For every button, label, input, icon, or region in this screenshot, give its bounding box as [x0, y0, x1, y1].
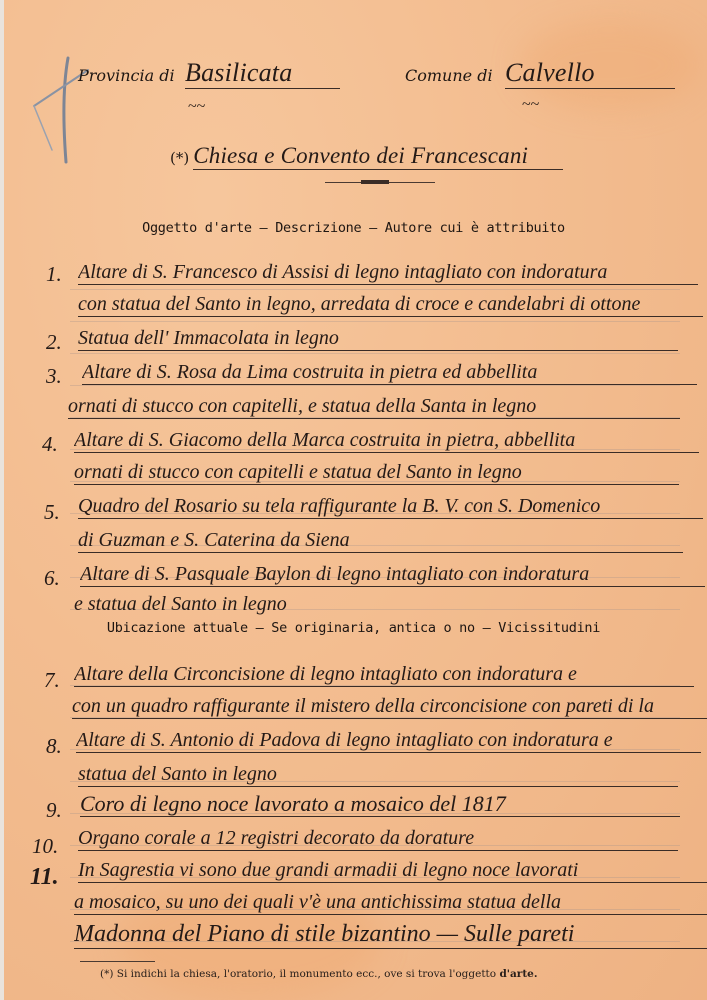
entry-text: Madonna del Piano di stile bizantino — S… [74, 920, 707, 949]
comune-label: Comune di [405, 66, 493, 85]
location-field: (*) Chiesa e Convento dei Francescani [170, 143, 590, 170]
entry-text: Coro di legno noce lavorato a mosaico de… [80, 792, 680, 817]
comune-value: Calvello [505, 58, 675, 89]
entry-text: Altare di S. Rosa da Lima costruita in p… [82, 360, 697, 385]
paper-edge [0, 0, 4, 1000]
entry-text: Statua dell' Immacolata in legno [78, 326, 678, 351]
entry-number: 5. [44, 500, 60, 525]
entry-text: ornati di stucco con capitelli e statua … [74, 460, 679, 485]
entry-text: Altare di S. Giacomo della Marca costrui… [74, 428, 699, 453]
entry-number: 6. [44, 566, 60, 591]
entry-text: Altare di S. Pasquale Baylon di legno in… [80, 562, 705, 587]
provincia-value: Basilicata [185, 58, 340, 89]
entry-number: 1. [46, 262, 62, 287]
entry-text: Altare della Circoncisione di legno inta… [74, 662, 694, 687]
flourish-mark: ~~ [188, 98, 205, 116]
entry-number: 2. [46, 330, 62, 355]
footnote: (*) Si indichi la chiesa, l'oratorio, il… [100, 968, 538, 980]
header-row: Provincia di Basilicata Comune di Calvel… [0, 62, 707, 102]
entry-number: 10. [32, 834, 58, 859]
document-page: Provincia di Basilicata Comune di Calvel… [0, 0, 707, 1000]
location-value: Chiesa e Convento dei Francescani [193, 143, 563, 170]
entry-text: ornati di stucco con capitelli, e statua… [68, 394, 680, 419]
entry-text: con statua del Santo in legno, arredata … [78, 292, 703, 317]
entry-text: a mosaico, su uno dei quali v'è una anti… [74, 890, 707, 915]
flourish-mark: ~~ [522, 96, 539, 114]
footnote-marker: (*) [170, 149, 189, 167]
entry-number: 11. [30, 864, 59, 891]
entry-text: e statua del Santo in legno [74, 592, 374, 616]
footnote-text: (*) Si indichi la chiesa, l'oratorio, il… [100, 968, 496, 980]
entry-text: di Guzman e S. Caterina da Siena [78, 528, 683, 553]
entry-text: Altare di S. Antonio di Padova di legno … [76, 728, 701, 753]
entry-text: statua del Santo in legno [78, 762, 678, 787]
entry-text: In Sagrestia vi sono due grandi armadii … [78, 858, 707, 883]
entry-number: 3. [46, 364, 62, 389]
entry-text: con un quadro raffigurante il mistero de… [72, 694, 707, 719]
entry-number: 4. [42, 432, 58, 457]
divider-ornament [361, 180, 389, 184]
entry-number: 7. [44, 668, 60, 693]
entry-number: 8. [46, 734, 62, 759]
footnote-bold: d'arte. [499, 968, 537, 980]
entry-number: 9. [46, 798, 62, 823]
footnote-rule [80, 961, 155, 962]
entry-text: Organo corale a 12 registri decorato da … [78, 826, 678, 851]
provincia-label: Provincia di [78, 66, 175, 85]
section-heading-location: Ubicazione attuale — Se originaria, anti… [0, 620, 707, 636]
entry-text: Quadro del Rosario su tela raffigurante … [78, 494, 703, 519]
entry-text: Altare di S. Francesco di Assisi di legn… [78, 260, 698, 285]
section-heading-description: Oggetto d'arte — Descrizione — Autore cu… [0, 220, 707, 236]
